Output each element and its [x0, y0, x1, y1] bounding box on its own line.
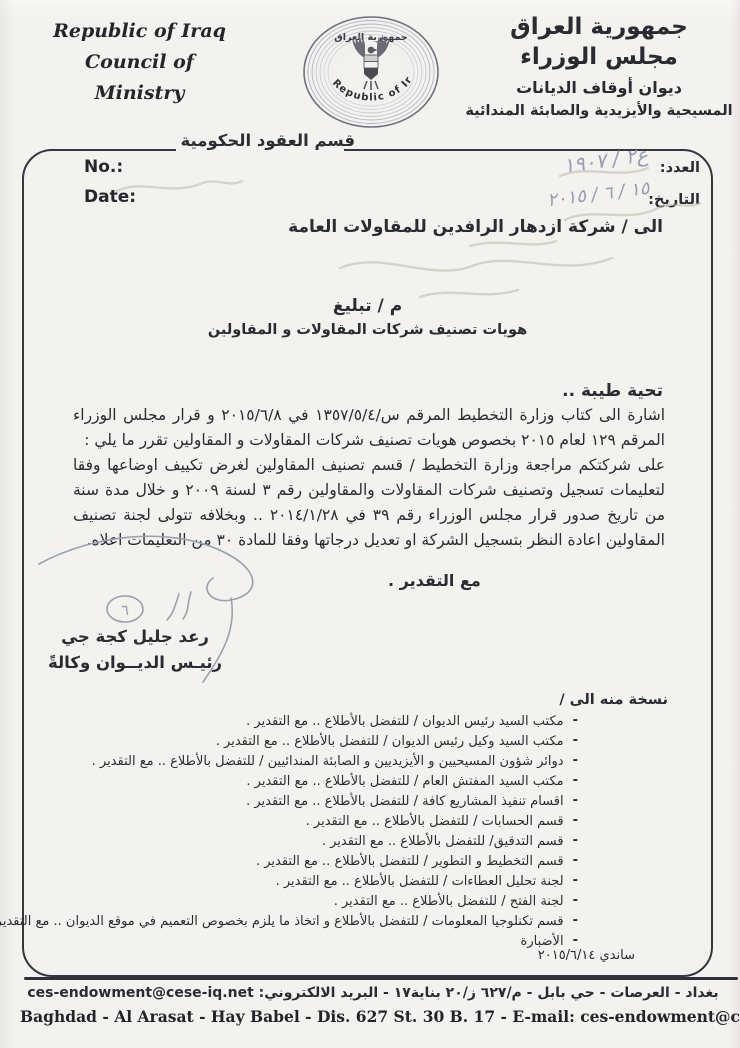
cc-item: -مكتب السيد رئيس الديوان / للتفضل بالأطل… — [50, 712, 578, 732]
subject-line: هويات تصنيف شركات المقاولات و المقاولين — [22, 322, 713, 338]
cc-item-dash: - — [573, 791, 578, 811]
cc-item: -دوائر شؤون المسيحيين و الأيزيديين و الص… — [50, 752, 578, 772]
scanned-letter-page: { "colors": { "paper": "#f3f2ee", "ink":… — [0, 0, 740, 1048]
clerk-note: ساندي ٢٠١٥/٦/١٤ — [538, 948, 635, 963]
cc-item: -مكتب السيد وكيل رئيس الديوان / للتفضل ب… — [50, 732, 578, 752]
cc-list: -مكتب السيد رئيس الديوان / للتفضل بالأطل… — [50, 712, 578, 952]
cc-item: -قسم التدقيق/ للتفضل بالأطلاع .. مع التق… — [50, 832, 578, 852]
subject-prefix: م / تبليغ — [22, 296, 713, 316]
cc-title: نسخة منه الى / — [559, 692, 668, 708]
footer-divider — [24, 977, 738, 980]
signer-block: رعد جليل كجة جي رئيـس الديــوان وكالةً — [30, 624, 240, 676]
footer-address-arabic: بغداد - العرصات - حي بابل - م/٦٢٧ ز/٢٠ ب… — [20, 985, 726, 1001]
closing-line: مع التقدير . — [388, 571, 481, 590]
cc-item-text: قسم التدقيق/ للتفضل بالأطلاع .. مع التقد… — [322, 832, 564, 852]
cc-item-dash: - — [573, 891, 578, 911]
signer-name: رعد جليل كجة جي — [30, 624, 240, 650]
cc-item-text: اقسام تنفيذ المشاريع كافة / للتفضل بالأط… — [246, 792, 564, 812]
cc-item: -قسم تكنلوجيا المعلومات / للتفضل بالأطلا… — [50, 912, 578, 932]
cc-item: -قسم الحسابات / للتفضل بالأطلاع .. مع ال… — [50, 812, 578, 832]
cc-item-dash: - — [573, 751, 578, 771]
cc-item-text: قسم الحسابات / للتفضل بالأطلاع .. مع الت… — [306, 812, 564, 832]
cc-item-text: لجنة الفتح / للتفضل بالأطلاع .. مع التقد… — [334, 892, 564, 912]
cc-item-text: قسم تكنلوجيا المعلومات / للتفضل بالأطلاع… — [0, 912, 564, 932]
cc-item-text: دوائر شؤون المسيحيين و الأيزيديين و الصا… — [92, 752, 564, 772]
addressee-line: الى / شركة ازدهار الرافدين للمقاولات الع… — [288, 217, 663, 237]
cc-item-dash: - — [573, 731, 578, 751]
cc-item: -لجنة تحليل العطاءات / للتفضل بالأطلاع .… — [50, 872, 578, 892]
cc-item-dash: - — [573, 911, 578, 931]
cc-item-dash: - — [573, 871, 578, 891]
cc-item-dash: - — [573, 771, 578, 791]
cc-item-dash: - — [573, 851, 578, 871]
greeting-line: تحية طيبة .. — [562, 381, 663, 401]
footer-address-english: Baghdad - Al Arasat - Hay Babel - Dis. 6… — [20, 1007, 726, 1026]
cc-item: -الأضبارة — [50, 932, 578, 952]
body-paragraph-1: اشارة الى كتاب وزارة التخطيط المرقم س/١٣… — [73, 403, 665, 453]
cc-item: -مكتب السيد المفتش العام / للتفضل بالأطل… — [50, 772, 578, 792]
cc-item-dash: - — [573, 811, 578, 831]
cc-item-text: لجنة تحليل العطاءات / للتفضل بالأطلاع ..… — [276, 872, 564, 892]
cc-item-dash: - — [573, 711, 578, 731]
signer-title: رئيـس الديــوان وكالةً — [30, 650, 240, 676]
cc-item-dash: - — [573, 831, 578, 851]
cc-item-text: قسم التخطيط و التطوير / للتفضل بالأطلاع … — [256, 852, 564, 872]
cc-item-text: مكتب السيد وكيل رئيس الديوان / للتفضل با… — [216, 732, 564, 752]
cc-item: -قسم التخطيط و التطوير / للتفضل بالأطلاع… — [50, 852, 578, 872]
cc-item: -اقسام تنفيذ المشاريع كافة / للتفضل بالأ… — [50, 792, 578, 812]
cc-item-text: مكتب السيد رئيس الديوان / للتفضل بالأطلا… — [246, 712, 563, 732]
cc-item-text: مكتب السيد المفتش العام / للتفضل بالأطلا… — [246, 772, 563, 792]
cc-item: -لجنة الفتح / للتفضل بالأطلاع .. مع التق… — [50, 892, 578, 912]
signature-mark-6: ٦ — [121, 601, 129, 619]
